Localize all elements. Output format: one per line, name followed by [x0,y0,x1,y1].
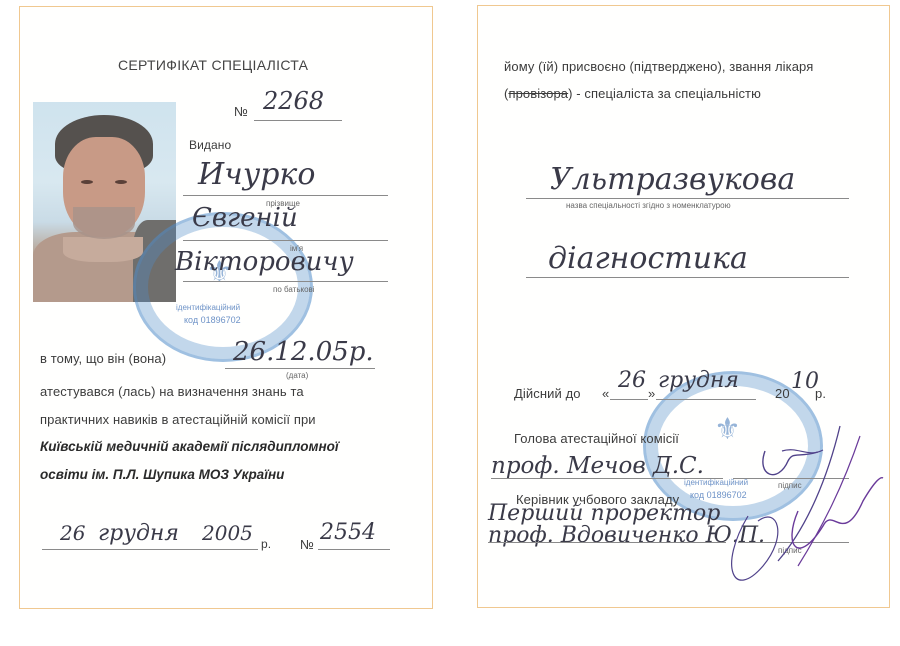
issue-date-underline [42,549,258,550]
body-line-1: атестувався (лась) на визначення знань т… [40,384,304,399]
surname-value: Ичурко [198,157,315,192]
handwritten-signatures [478,6,891,609]
photo-collar [63,237,143,262]
surname-underline [183,195,388,196]
issue-day: 26 [60,521,85,545]
body-line-2: практичних навиків в атестаційній комісі… [40,412,316,427]
protocol-number-label: № [300,537,314,552]
institution-line-1: Київській медичній академії післядипломн… [40,439,339,454]
certificate-right-page: йому (їй) присвоєно (підтверджено), зван… [477,5,890,608]
issue-year: 2005 [202,521,253,545]
certificate-number-label: № [234,104,248,119]
protocol-underline [318,549,390,550]
date-underline [225,368,375,369]
issue-month: грудня [98,521,179,546]
name-value: Євгеній [192,203,298,233]
patronymic-value: Вікторовичу [175,247,354,277]
stamp-code: код 01896702 [184,315,241,325]
patronymic-caption: по батькові [273,285,315,294]
issue-year-suffix: р. [261,537,271,551]
protocol-number-value: 2554 [320,520,376,545]
statement-prefix: в тому, що він (вона) [40,351,166,366]
attestation-date-value: 26.12.05р. [233,337,374,367]
certificate-left-page: СЕРТИФІКАТ СПЕЦІАЛІСТА № 2268 Видано Ичу… [19,6,433,609]
certificate-number-value: 2268 [263,87,324,115]
name-underline [183,240,388,241]
date-caption: (дата) [286,371,308,380]
certificate-title: СЕРТИФІКАТ СПЕЦІАЛІСТА [118,57,308,73]
issued-label: Видано [189,138,231,152]
institution-line-2: освіти ім. П.Л. Шупика МОЗ України [40,467,284,482]
photo-beard [73,207,135,239]
photo-eye [115,180,127,184]
stamp-text: ідентифікаційний [176,303,240,312]
photo-eye [81,180,93,184]
number-underline [254,120,342,121]
patronymic-underline [183,281,388,282]
